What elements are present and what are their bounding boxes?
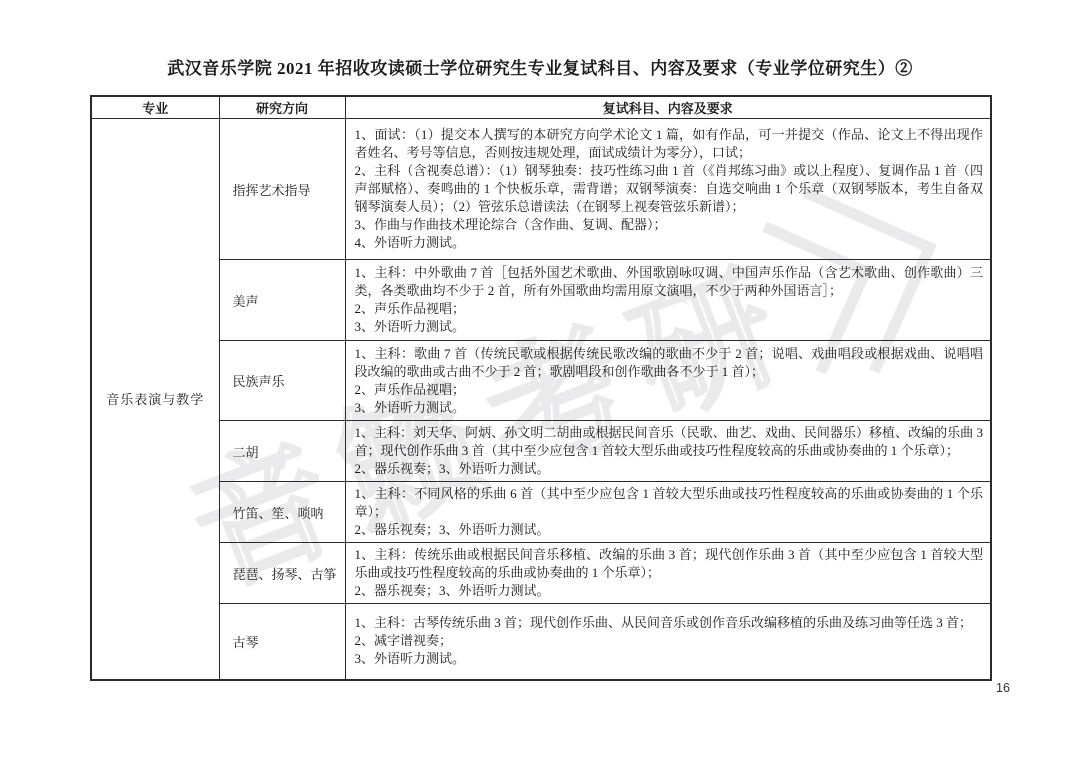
page-title: 武汉音乐学院 2021 年招收攻读硕士学位研究生专业复试科目、内容及要求（专业学… xyxy=(0,54,1080,79)
requirement-item: 2、声乐作品视唱； xyxy=(355,381,984,399)
table-row: 竹笛、笙、唢呐 1、主科：不同风格的乐曲 6 首（其中至少应包含 1 首较大型乐… xyxy=(91,482,991,543)
table-row: 琵琶、扬琴、古筝 1、主科：传统乐曲或根据民间音乐移植、改编的乐曲 3 首；现代… xyxy=(91,543,991,604)
requirements-cell: 1、主科：歌曲 7 首（传统民歌或根据传统民歌改编的歌曲不少于 2 首；说唱、戏… xyxy=(345,341,991,421)
table-row: 民族声乐 1、主科：歌曲 7 首（传统民歌或根据传统民歌改编的歌曲不少于 2 首… xyxy=(91,341,991,421)
requirements-cell: 1、面试：（1）提交本人撰写的本研究方向学术论文 1 篇，如有作品，可一并提交（… xyxy=(345,119,991,260)
requirement-item: 1、主科：传统乐曲或根据民间音乐移植、改编的乐曲 3 首；现代创作乐曲 3 首（… xyxy=(355,546,984,582)
requirements-cell: 1、主科：不同风格的乐曲 6 首（其中至少应包含 1 首较大型乐曲或技巧性程度较… xyxy=(345,482,991,543)
table-row: 二胡 1、主科：刘天华、阿炳、孙文明二胡曲或根据民间音乐（民歌、曲艺、戏曲、民间… xyxy=(91,421,991,482)
requirement-item: 3、外语听力测试。 xyxy=(355,318,984,336)
requirement-item: 1、主科：中外歌曲 7 首［包括外国艺术歌曲、外国歌剧咏叹调、中国声乐作品（含艺… xyxy=(355,264,984,300)
column-header-requirements: 复试科目、内容及要求 xyxy=(345,96,991,119)
requirement-item: 2、声乐作品视唱； xyxy=(355,300,984,318)
requirement-item: 1、主科：古琴传统乐曲 3 首；现代创作乐曲、从民间音乐或创作音乐改编移植的乐曲… xyxy=(355,614,984,632)
requirement-item: 2、减字谱视奏； xyxy=(355,632,984,650)
table-header-row: 专业 研究方向 复试科目、内容及要求 xyxy=(91,96,991,119)
requirements-cell: 1、主科：中外歌曲 7 首［包括外国艺术歌曲、外国歌剧咏叹调、中国声乐作品（含艺… xyxy=(345,260,991,341)
research-direction-cell: 古琴 xyxy=(219,604,345,680)
requirement-item: 2、器乐视奏；3、外语听力测试。 xyxy=(355,521,984,539)
column-header-direction: 研究方向 xyxy=(219,96,345,119)
page-number: 16 xyxy=(996,681,1010,695)
research-direction-cell: 琵琶、扬琴、古筝 xyxy=(219,543,345,604)
requirements-cell: 1、主科：刘天华、阿炳、孙文明二胡曲或根据民间音乐（民歌、曲艺、戏曲、民间器乐）… xyxy=(345,421,991,482)
requirement-item: 2、器乐视奏；3、外语听力测试。 xyxy=(355,582,984,600)
requirements-cell: 1、主科：古琴传统乐曲 3 首；现代创作乐曲、从民间音乐或创作音乐改编移植的乐曲… xyxy=(345,604,991,680)
research-direction-cell: 民族声乐 xyxy=(219,341,345,421)
requirement-item: 1、主科：歌曲 7 首（传统民歌或根据传统民歌改编的歌曲不少于 2 首；说唱、戏… xyxy=(355,345,984,381)
requirement-item: 1、面试：（1）提交本人撰写的本研究方向学术论文 1 篇，如有作品，可一并提交（… xyxy=(355,126,984,162)
requirement-item: 3、作曲与作曲技术理论综合（含作曲、复调、配器）； xyxy=(355,216,984,234)
table-row: 音乐表演与教学 指挥艺术指导 1、面试：（1）提交本人撰写的本研究方向学术论文 … xyxy=(91,119,991,260)
requirement-item: 1、主科：不同风格的乐曲 6 首（其中至少应包含 1 首较大型乐曲或技巧性程度较… xyxy=(355,485,984,521)
requirement-item: 1、主科：刘天华、阿炳、孙文明二胡曲或根据民间音乐（民歌、曲艺、戏曲、民间器乐）… xyxy=(355,424,984,460)
table-row: 古琴 1、主科：古琴传统乐曲 3 首；现代创作乐曲、从民间音乐或创作音乐改编移植… xyxy=(91,604,991,680)
requirement-item: 3、外语听力测试。 xyxy=(355,399,984,417)
major-cell: 音乐表演与教学 xyxy=(91,119,219,680)
requirement-item: 3、外语听力测试。 xyxy=(355,650,984,668)
research-direction-cell: 竹笛、笙、唢呐 xyxy=(219,482,345,543)
requirement-item: 2、器乐视奏；3、外语听力测试。 xyxy=(355,460,984,478)
requirement-item: 4、外语听力测试。 xyxy=(355,234,984,252)
requirement-item: 2、主科（含视奏总谱）：（1）钢琴独奏：技巧性练习曲 1 首（《肖邦练习曲》或以… xyxy=(355,162,984,216)
column-header-major: 专业 xyxy=(91,96,219,119)
admissions-table: 专业 研究方向 复试科目、内容及要求 音乐表演与教学 指挥艺术指导 1、面试：（… xyxy=(90,95,992,681)
research-direction-cell: 美声 xyxy=(219,260,345,341)
requirements-cell: 1、主科：传统乐曲或根据民间音乐移植、改编的乐曲 3 首；现代创作乐曲 3 首（… xyxy=(345,543,991,604)
research-direction-cell: 二胡 xyxy=(219,421,345,482)
research-direction-cell: 指挥艺术指导 xyxy=(219,119,345,260)
table-row: 美声 1、主科：中外歌曲 7 首［包括外国艺术歌曲、外国歌剧咏叹调、中国声乐作品… xyxy=(91,260,991,341)
